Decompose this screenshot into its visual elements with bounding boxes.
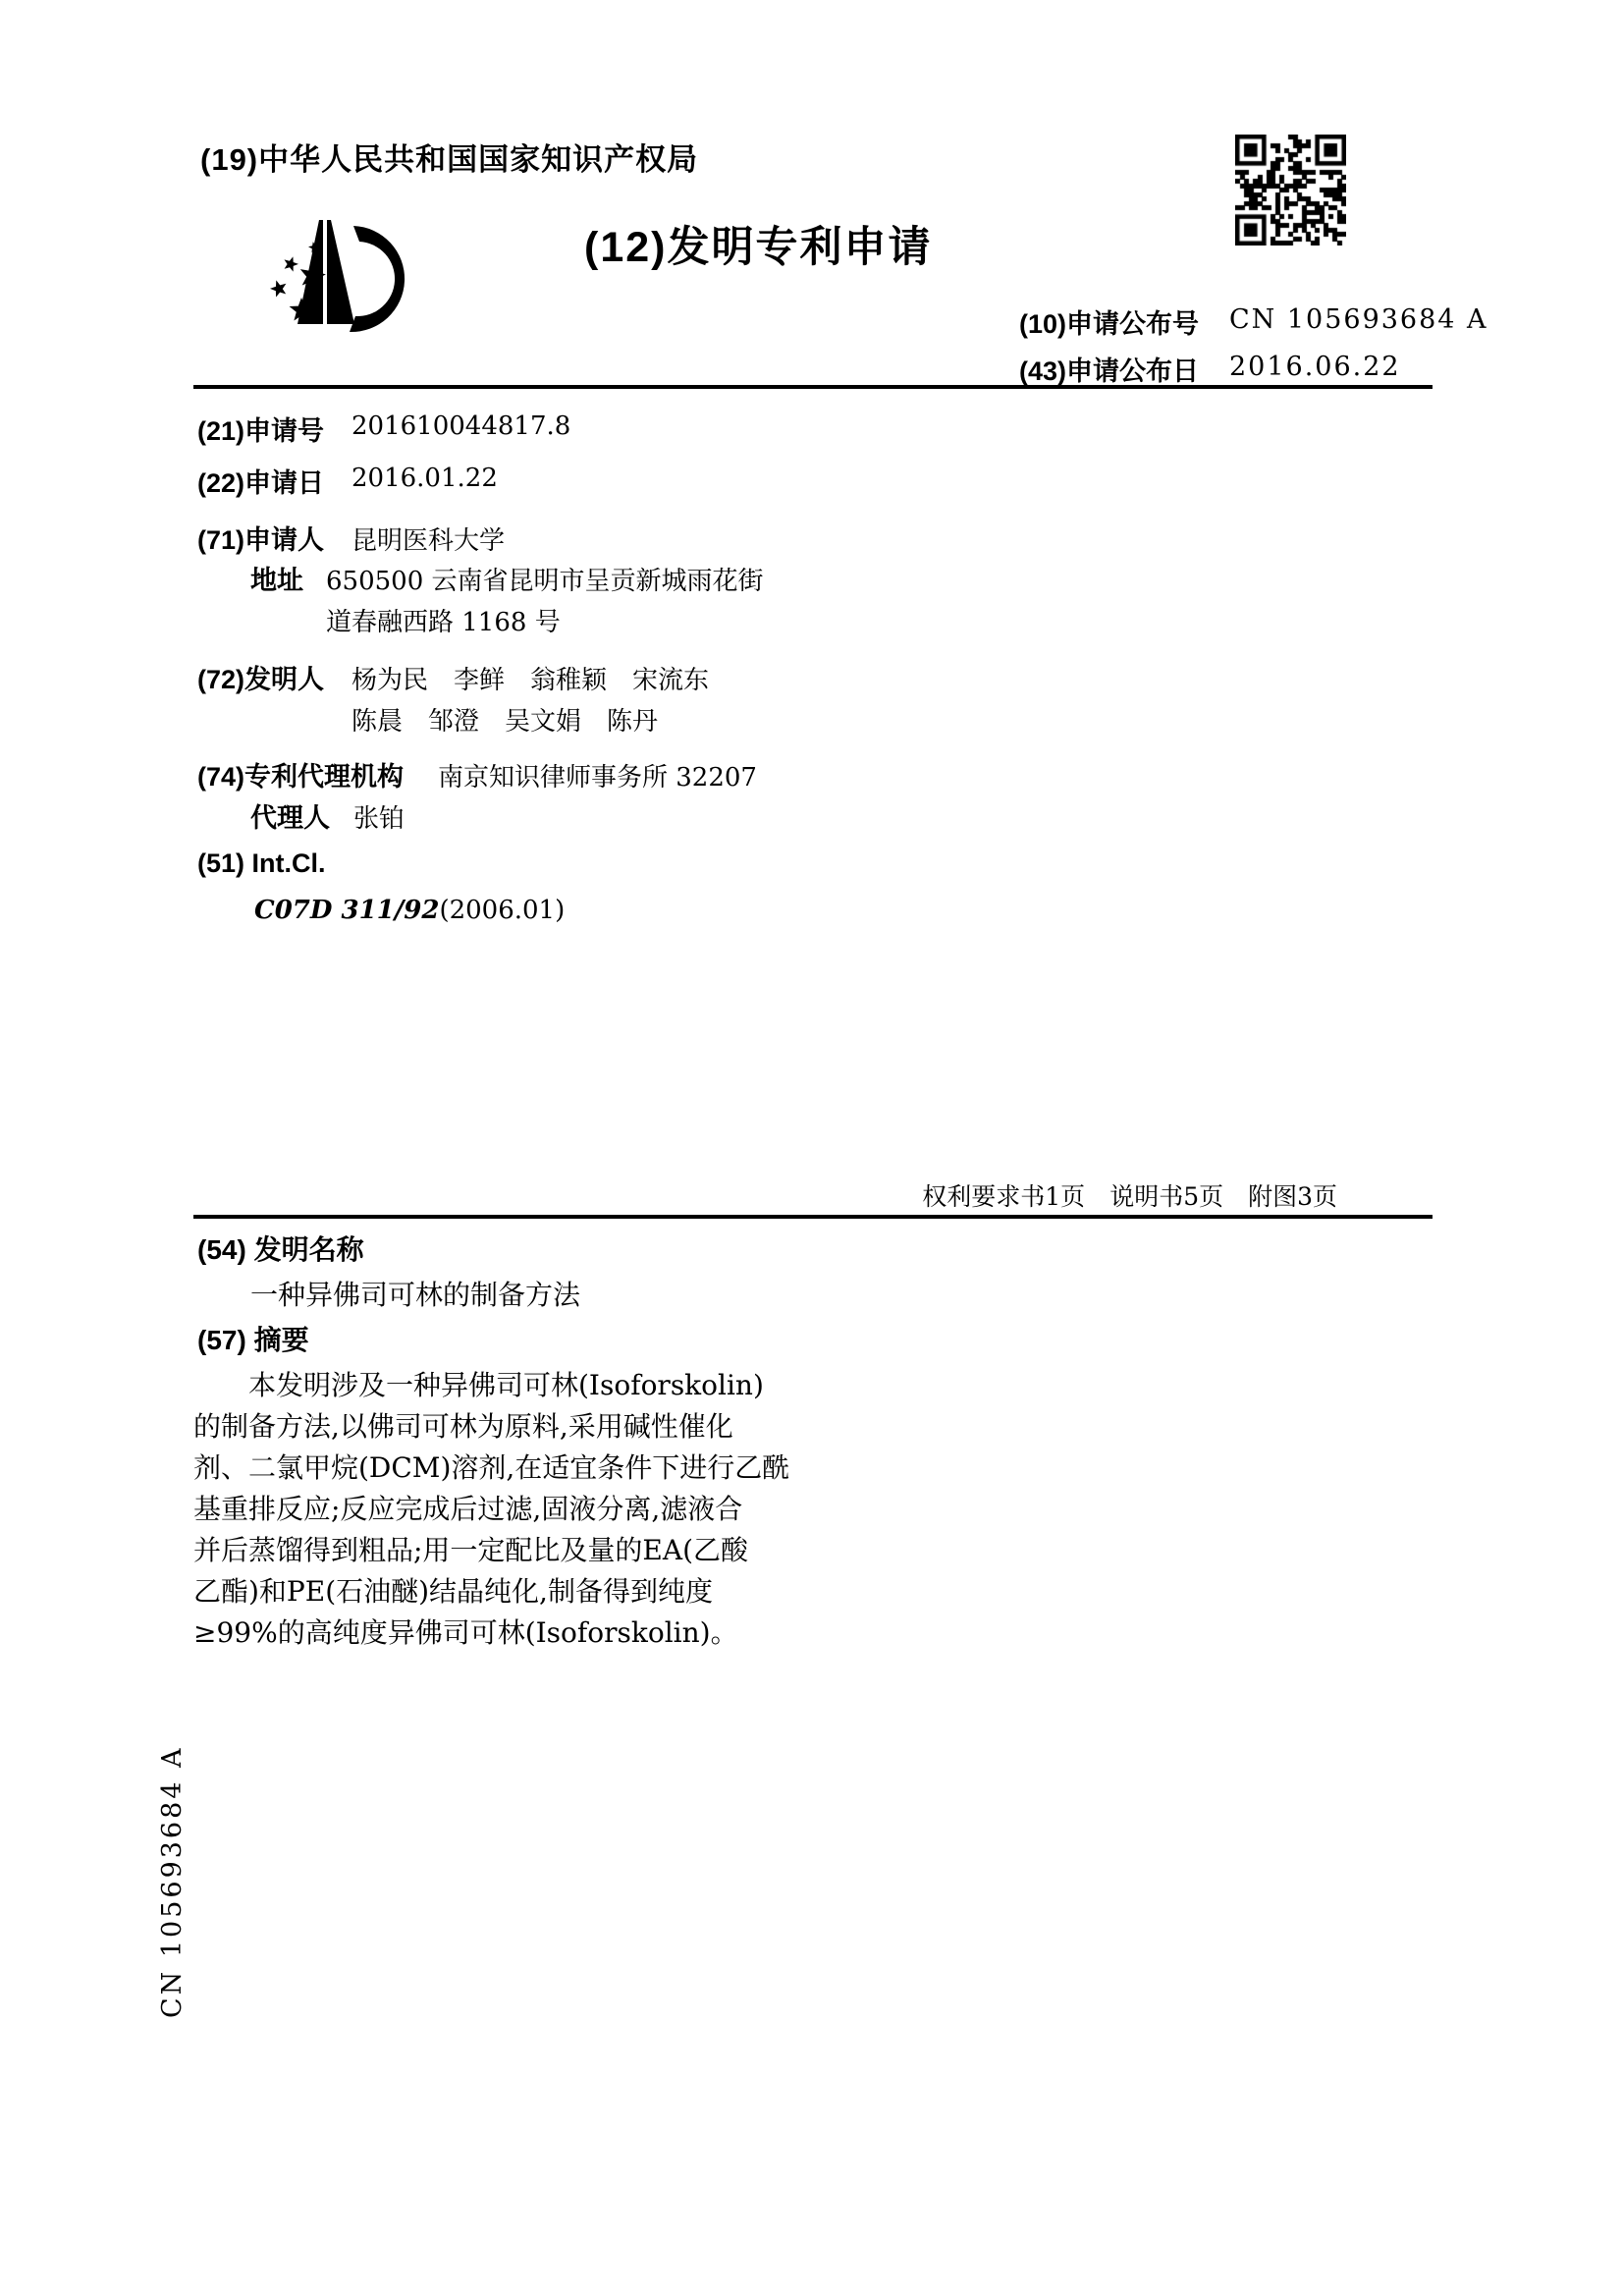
abstract-text: 本发明涉及一种异佛司可林(Isoforskolin) 的制备方法,以佛司可林为原… xyxy=(193,1365,816,1654)
int-cl-entry: C07D 311/92(2006.01) xyxy=(254,895,565,925)
logo-tower-right xyxy=(327,220,354,324)
int-cl-class: C07D 311/92 xyxy=(254,896,439,925)
pub-number-value: CN 105693684 A xyxy=(1229,304,1488,335)
inventors-line2: 陈晨 邹澄 吴文娟 陈丹 xyxy=(351,701,658,738)
applicant-label: (71)申请人 xyxy=(197,519,324,557)
logo-crescent xyxy=(350,226,405,332)
pub-date-value: 2016.06.22 xyxy=(1229,352,1401,382)
office-name: (19)中华人民共和国国家知识产权局 xyxy=(200,135,698,179)
applicant-value: 昆明医科大学 xyxy=(351,520,505,557)
int-cl-label: (51) Int.Cl. xyxy=(197,848,326,879)
invention-title: 一种异佛司可林的制备方法 xyxy=(250,1274,580,1313)
abstract-label: (57) 摘要 xyxy=(197,1319,309,1358)
agent-value: 张铂 xyxy=(353,798,405,835)
inventors-label: (72)发明人 xyxy=(197,658,324,696)
pub-date-label: (43)申请公布日 xyxy=(1019,350,1199,388)
pages-info: 权利要求书1页 说明书5页 附图3页 xyxy=(193,1177,1337,1213)
application-number-label: (21)申请号 xyxy=(197,410,324,448)
address-line2: 道春融西路 1168 号 xyxy=(326,602,561,638)
application-date-label: (22)申请日 xyxy=(197,462,324,500)
agent-label: 代理人 xyxy=(250,796,330,835)
agency-value: 南京知识律师事务所 32207 xyxy=(438,757,757,793)
header-divider xyxy=(193,385,1433,389)
sipo-logo-icon xyxy=(258,214,415,342)
agency-label: (74)专利代理机构 xyxy=(197,755,404,793)
vertical-pub-number: CN 105693684 A xyxy=(157,1745,188,2018)
address-line1: 650500 云南省昆明市呈贡新城雨花街 xyxy=(326,561,764,597)
document-type-title: (12)发明专利申请 xyxy=(584,214,932,274)
qr-code xyxy=(1235,135,1346,246)
int-cl-version: (2006.01) xyxy=(439,896,565,925)
address-label: 地址 xyxy=(250,559,303,597)
section-divider xyxy=(193,1215,1433,1219)
application-number-value: 201610044817.8 xyxy=(351,411,570,441)
application-date-value: 2016.01.22 xyxy=(351,464,498,493)
inventors-line1: 杨为民 李鲜 翁稚颖 宋流东 xyxy=(351,660,709,696)
pub-number-label: (10)申请公布号 xyxy=(1019,302,1199,341)
patent-front-page: (19)中华人民共和国国家知识产权局 (12)发明专利申请 (10)申请公布号 … xyxy=(0,0,1622,2296)
invention-title-label: (54) 发明名称 xyxy=(197,1229,364,1268)
